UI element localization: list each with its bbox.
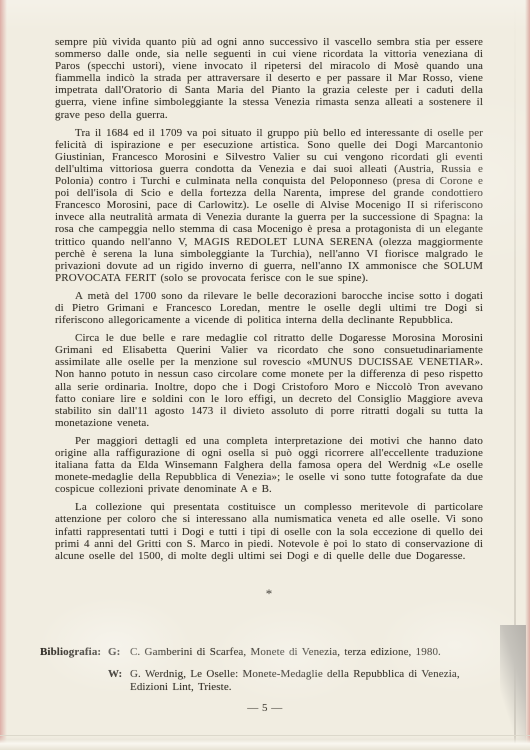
paragraph-1: sempre più vivida quanto più ad ogni ann…: [55, 36, 483, 121]
bibliography-entry-key: G:: [108, 646, 130, 659]
bibliography-entry: W: G. Werdnig, Le Oselle: Monete-Medagli…: [40, 668, 490, 694]
page-number: — 5 —: [0, 702, 530, 714]
section-separator-asterisk: *: [55, 586, 483, 602]
paragraph-5: Per maggiori dettagli ed una completa in…: [55, 435, 483, 495]
paragraph-4: Circa le due belle e rare medaglie col r…: [55, 332, 483, 429]
bibliography: Bibliografia: G: C. Gamberini di Scarfea…: [40, 646, 490, 703]
paragraph-3: A metà del 1700 sono da rilevare le bell…: [55, 290, 483, 326]
bibliography-entry-text: G. Werdnig, Le Oselle: Monete-Medaglie d…: [130, 668, 490, 694]
scan-edge-left: [0, 0, 7, 750]
body-text: sempre più vivida quanto più ad ogni ann…: [55, 36, 483, 568]
bibliography-label-spacer: [40, 668, 108, 694]
paragraph-6: La collezione qui presentata costituisce…: [55, 501, 483, 561]
bibliography-entry-text: C. Gamberini di Scarfea, Monete di Venez…: [130, 646, 490, 659]
scan-edge-right: [525, 0, 530, 750]
bibliography-entry: Bibliografia: G: C. Gamberini di Scarfea…: [40, 646, 490, 659]
page-crease-right: [514, 0, 516, 750]
bibliography-label: Bibliografia:: [40, 646, 108, 659]
bibliography-entry-key: W:: [108, 668, 130, 694]
page-bottom-edge: [0, 735, 530, 750]
page-corner-shadow: [500, 625, 526, 750]
paragraph-2: Tra il 1684 ed il 1709 va poi situato il…: [55, 127, 483, 284]
scanned-book-page: sempre più vivida quanto più ad ogni ann…: [0, 0, 530, 750]
